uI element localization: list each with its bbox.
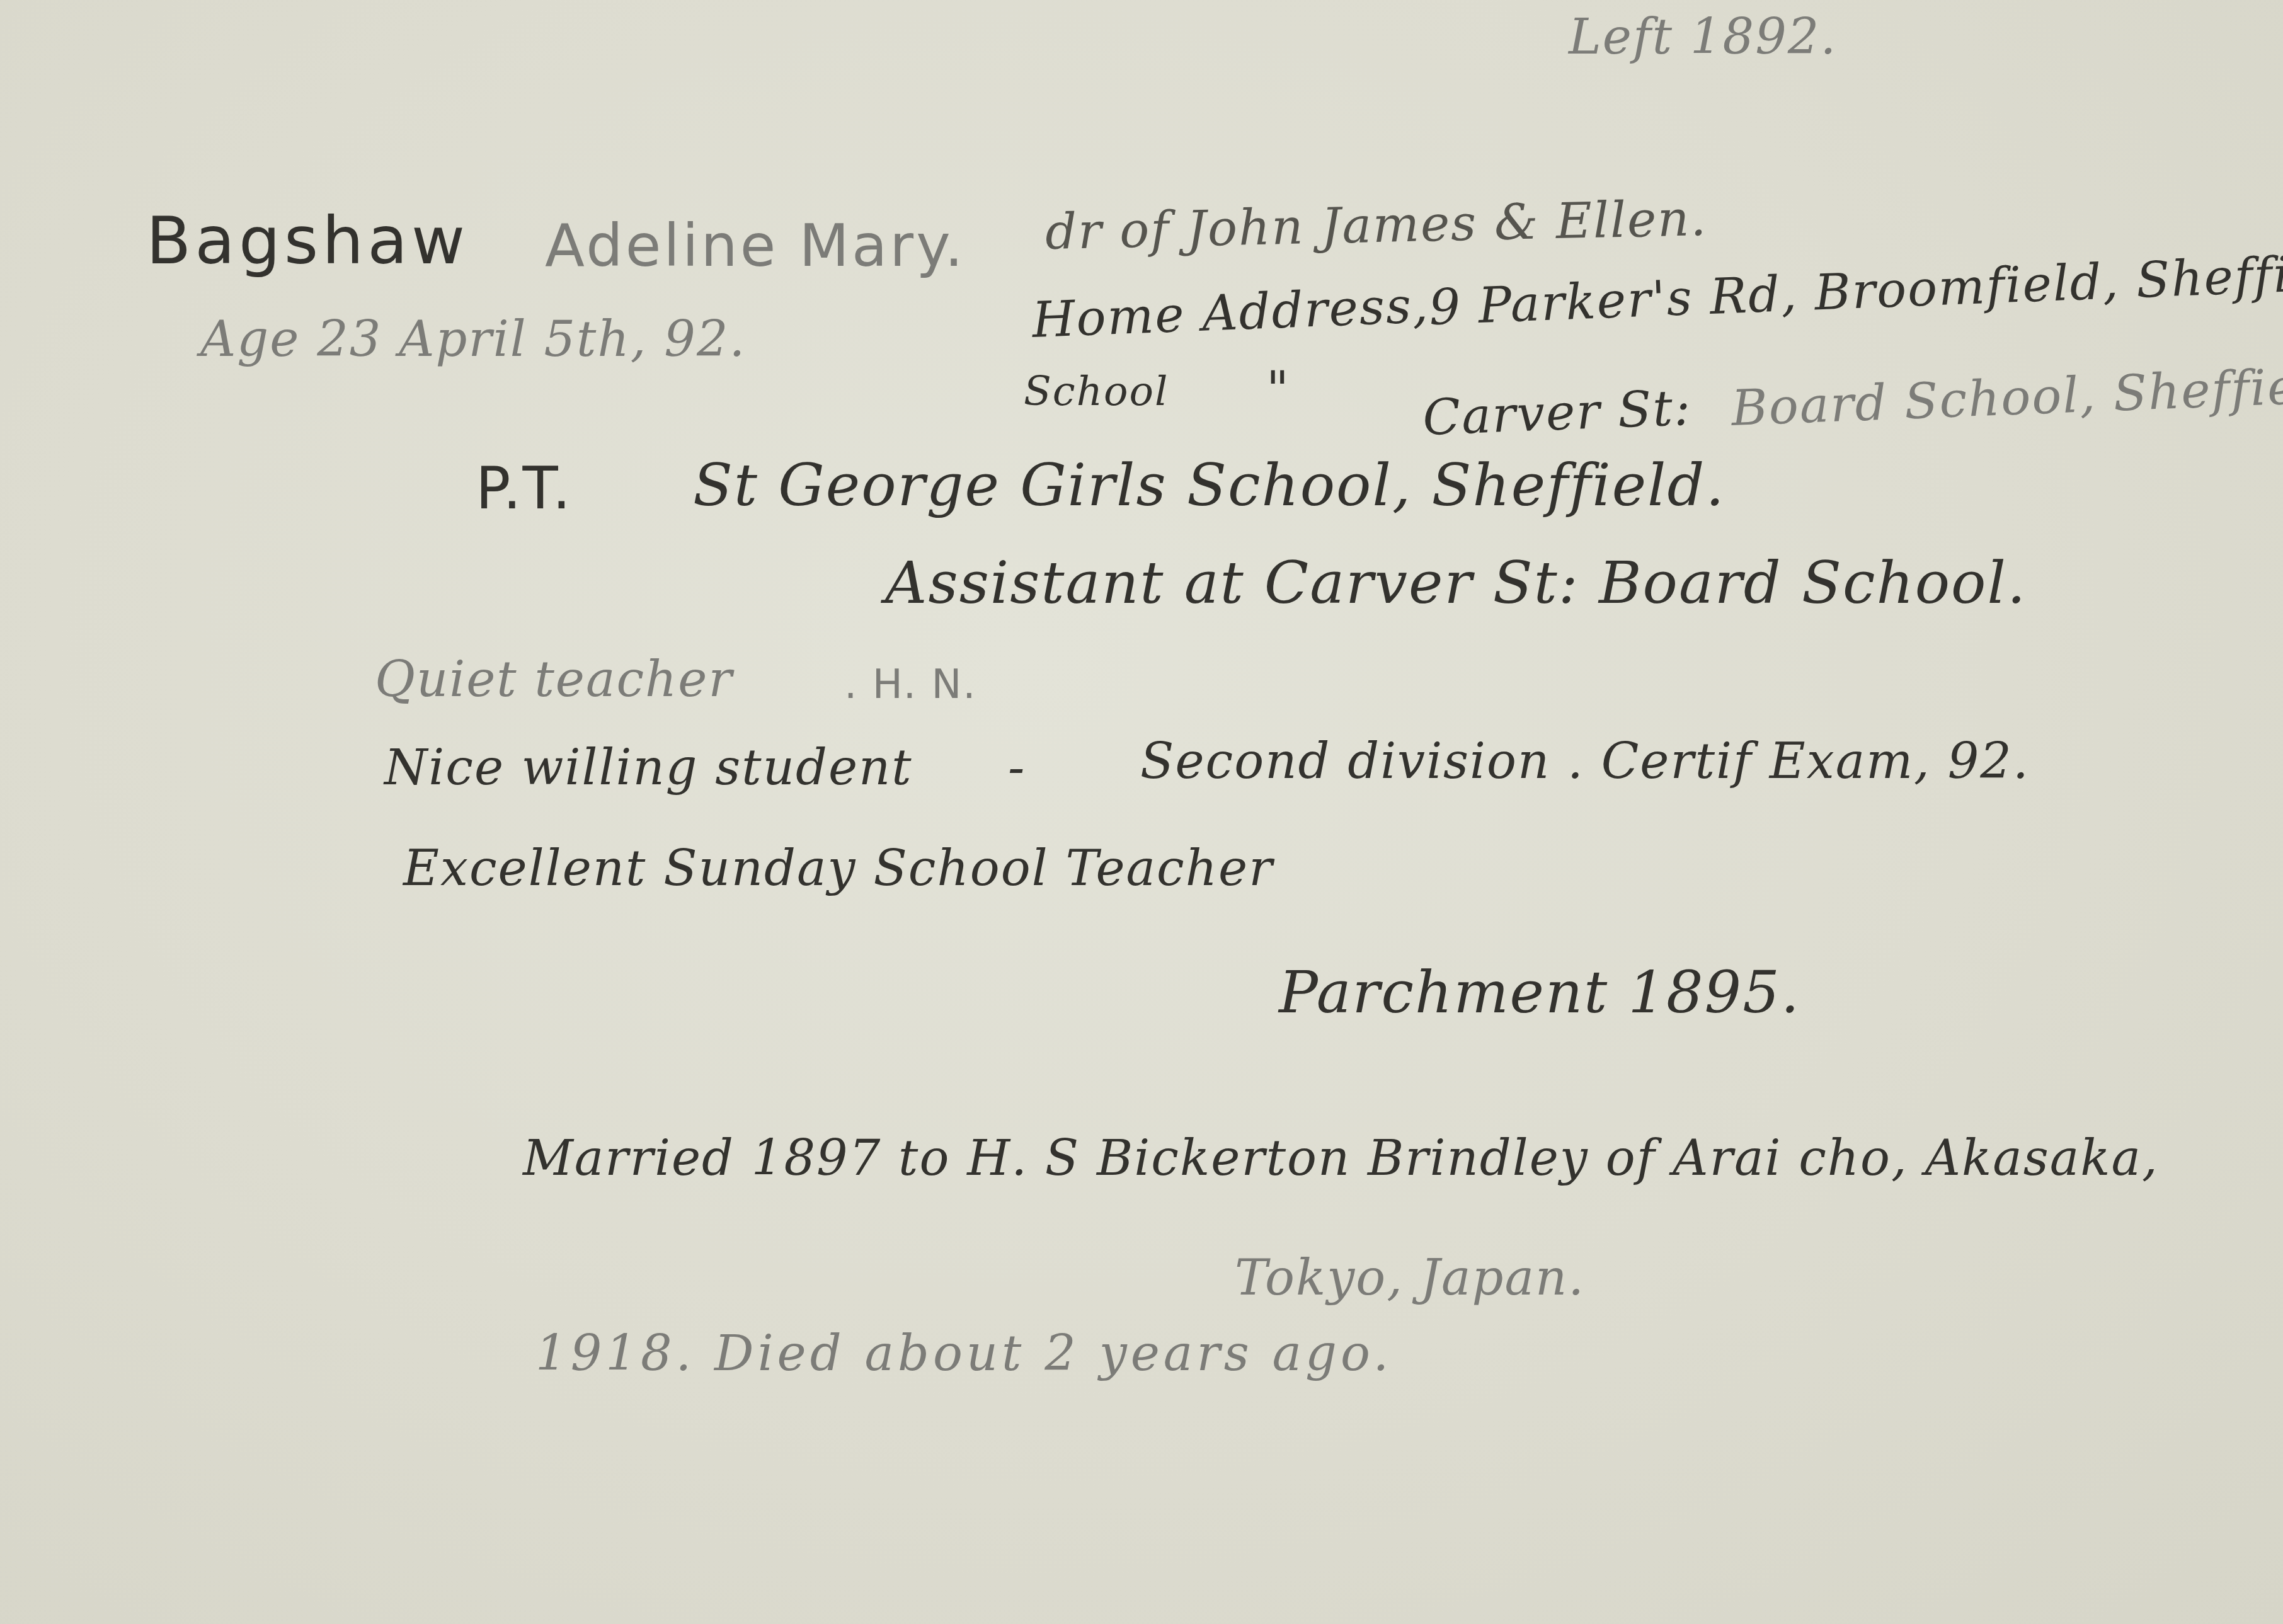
parentage: dr of John James & Ellen.	[1044, 194, 1707, 257]
school-label: School	[1024, 372, 1169, 412]
surname: Bagshaw	[146, 208, 469, 273]
marriage-line-1: Married 1897 to H. S Bickerton Brindley …	[523, 1134, 2159, 1183]
remark-separator: -	[1008, 743, 1026, 792]
remark-sunday-school: Excellent Sunday School Teacher	[403, 844, 1273, 893]
home-address-value: 9 Parker's Rd, Broomfield, Sheffield	[1428, 248, 2283, 333]
assistant-line: Assistant at Carver St: Board School.	[885, 554, 2027, 612]
remark-initials: . H. N.	[844, 665, 977, 705]
remark-exam-result: Second division . Certif Exam, 92.	[1140, 737, 2030, 786]
remark-quiet-teacher: Quiet teacher	[375, 655, 733, 704]
pupil-teacher-label: P.T.	[476, 460, 572, 518]
death-note: 1918. Died about 2 years ago.	[535, 1329, 1392, 1378]
school-ditto: "	[1266, 365, 1290, 415]
school-value-street: Carver St:	[1422, 384, 1693, 443]
school-value-board: Board School, Sheffield	[1731, 361, 2283, 433]
document-page: Left 1892. Bagshaw Adeline Mary. dr of J…	[0, 0, 2283, 1624]
left-year-note: Left 1892.	[1569, 13, 1837, 62]
pupil-teacher-school: St George Girls School, Sheffield.	[693, 457, 1725, 515]
remark-nice-willing-student: Nice willing student	[384, 743, 913, 792]
parchment-year: Parchment 1895.	[1279, 964, 1800, 1022]
home-address-label: Home Address,	[1031, 281, 1430, 345]
given-names: Adeline Mary.	[545, 217, 966, 275]
marriage-line-2: Tokyo, Japan.	[1235, 1254, 1585, 1303]
age-line: Age 23 April 5th, 92.	[200, 315, 746, 364]
